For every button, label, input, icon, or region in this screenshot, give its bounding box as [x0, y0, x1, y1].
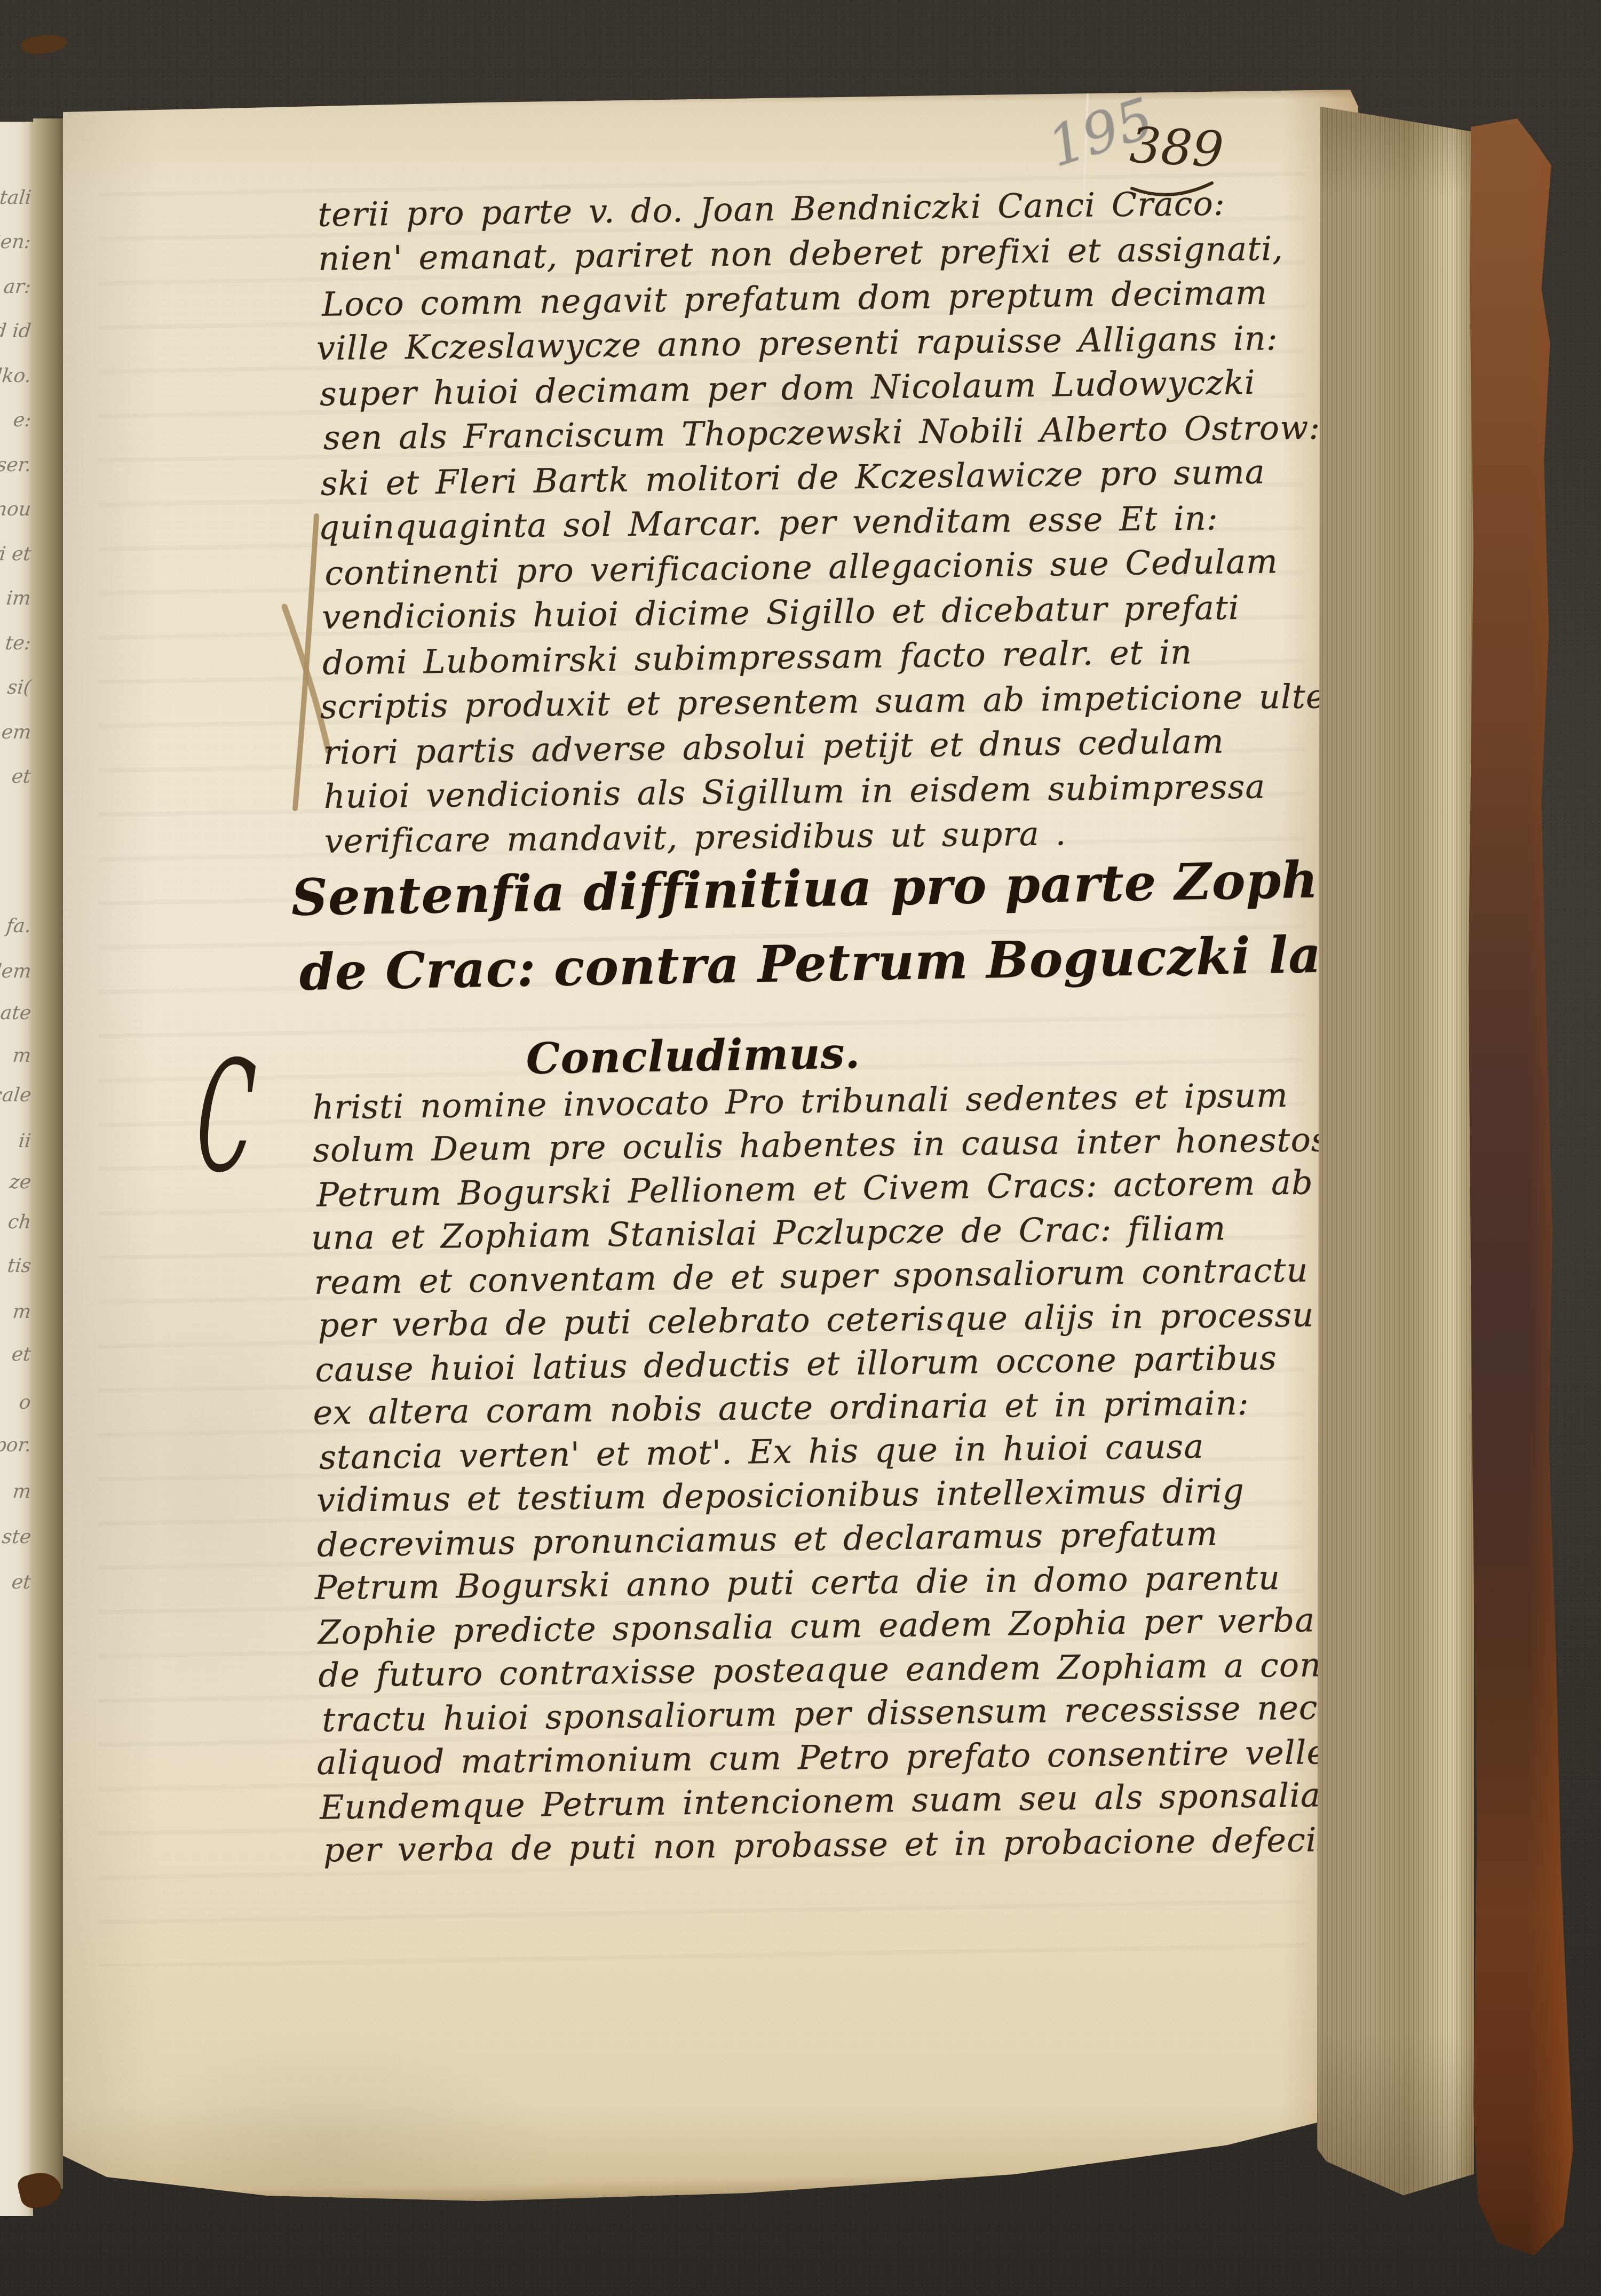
left-edge-text-fragment: ii	[18, 1130, 32, 1152]
sentence-heading-line: Concludimus.	[526, 1028, 861, 1084]
left-edge-text-fragment: e:	[12, 409, 32, 431]
burnt-top-edge	[61, 83, 1359, 109]
left-edge-text-fragment: m	[12, 1045, 32, 1067]
left-edge-text-fragment: por.	[0, 1434, 32, 1456]
left-edge-text-fragment: et	[11, 766, 32, 788]
left-edge-text-fragment: nou	[0, 498, 32, 520]
left-edge-text-fragment: tis	[6, 1255, 32, 1277]
left-edge-text-fragment: im	[5, 587, 32, 609]
leather-cover-edge	[1461, 118, 1583, 2255]
left-edge-text-fragment: ser.	[0, 454, 32, 476]
burnt-bottom-edge	[61, 2166, 1360, 2223]
left-edge-text-fragment: m	[12, 1301, 32, 1323]
left-edge-text-fragment: cale	[0, 1084, 32, 1106]
left-edge-text-fragment: ar:	[3, 276, 32, 298]
left-edge-text-fragment: ate	[0, 1002, 32, 1024]
book-fore-edge	[1317, 90, 1474, 2204]
left-edge-text-fragment: et	[11, 1571, 32, 1593]
entry-paragraph-1: terii pro parte v. do. Joan Bendniczki C…	[318, 184, 1253, 865]
left-edge-text-fragment: entali	[0, 187, 32, 209]
left-edge-text-fragment: ri et	[0, 543, 32, 565]
left-edge-text-fragment: ste	[1, 1526, 33, 1548]
manuscript-photo: entali sa Sen: ar: d id ylko. e: ser. no…	[0, 0, 1601, 2296]
left-edge-text-fragment: ch	[6, 1211, 32, 1233]
left-edge-text-fragment: si(	[6, 677, 32, 698]
sentence-paragraph: hristi nomine invocato Pro tribunali sed…	[312, 1077, 1257, 1874]
facing-page-sliver: entali sa Sen: ar: d id ylko. e: ser. no…	[0, 122, 33, 2216]
manuscript-page: 195 389 terii pro parte v. do. Joan Bend…	[61, 88, 1359, 2209]
left-edge-text-fragment: et	[11, 1344, 32, 1365]
left-edge-text-fragment: sa Sen:	[0, 231, 32, 253]
left-edge-text-fragment: d id	[0, 320, 32, 342]
gutter-shadow	[33, 118, 63, 2189]
left-edge-text-fragment: m	[12, 1481, 32, 1503]
binding-burn-mark	[20, 32, 68, 57]
left-edge-text-fragment: ylko.	[0, 365, 32, 387]
left-edge-text-fragment: o	[18, 1392, 32, 1413]
left-edge-text-fragment: fa.	[5, 915, 33, 937]
left-edge-text-fragment: ze	[9, 1171, 33, 1193]
left-edge-text-fragment: dem	[0, 960, 32, 982]
left-edge-text-fragment: te:	[4, 632, 32, 654]
drop-cap-initial: C	[193, 1042, 258, 1195]
left-edge-text-fragment: em	[0, 721, 32, 743]
